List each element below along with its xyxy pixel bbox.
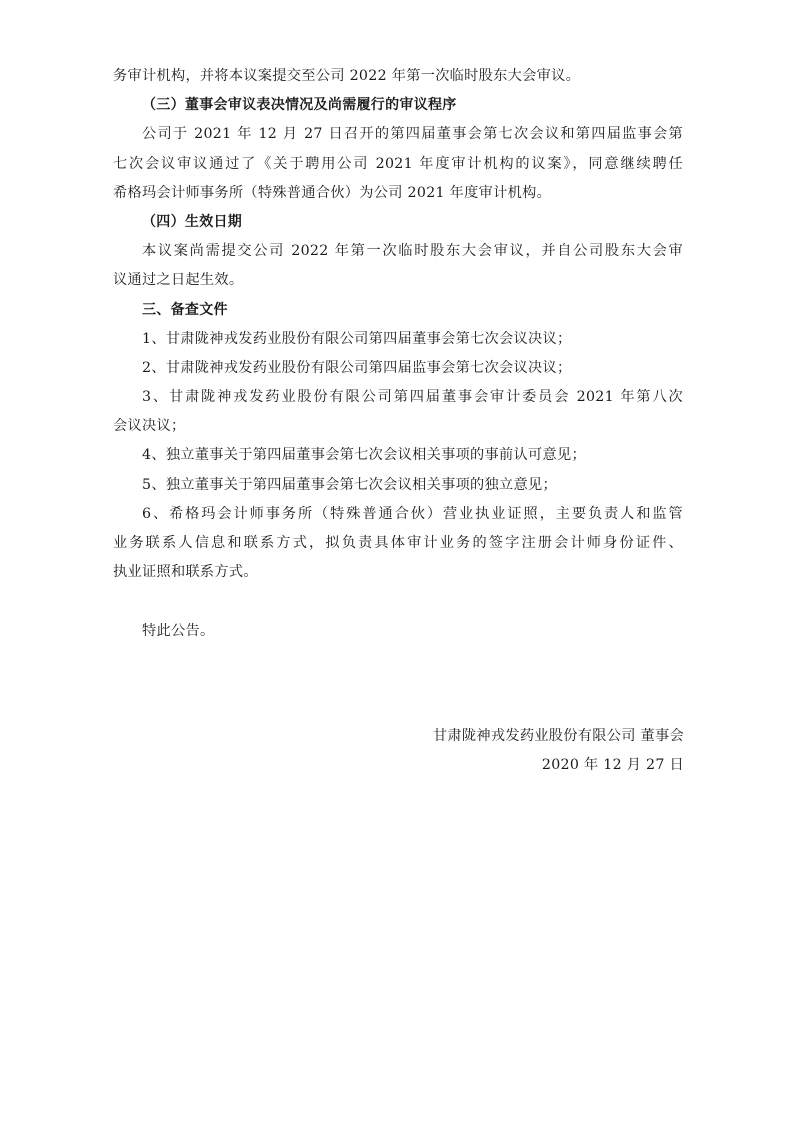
list-item: 2、甘肃陇神戎发药业股份有限公司第四届监事会第七次会议决议； [113, 354, 683, 383]
subsection-heading-3: （三）董事会审议表决情况及尚需履行的审议程序 [113, 91, 683, 120]
list-item-continuation: 会议决议； [113, 412, 683, 441]
list-item: 6、希格玛会计师事务所（特殊普通合伙）营业执业证照，主要负责人和监管 [113, 500, 683, 529]
paragraph-line: 公司于 2021 年 12 月 27 日召开的第四届董事会第七次会议和第四届监事… [113, 120, 683, 149]
list-item: 4、独立董事关于第四届董事会第七次会议相关事项的事前认可意见； [113, 441, 683, 470]
signature-date: 2020 年 12 月 27 日 [380, 751, 684, 780]
blank-line [113, 587, 683, 616]
list-item-continuation: 业务联系人信息和联系方式，拟负责具体审计业务的签字注册会计师身份证件、 [113, 529, 683, 558]
signature-block: 甘肃陇神戎发药业股份有限公司 董事会 2020 年 12 月 27 日 [380, 722, 684, 780]
paragraph-line: 希格玛会计师事务所（特殊普通合伙）为公司 2021 年度审计机构。 [113, 179, 683, 208]
paragraph-line: 本议案尚需提交公司 2022 年第一次临时股东大会审议，并自公司股东大会审 [113, 237, 683, 266]
list-item: 1、甘肃陇神戎发药业股份有限公司第四届董事会第七次会议决议； [113, 325, 683, 354]
list-item-continuation: 执业证照和联系方式。 [113, 558, 683, 587]
subsection-heading-4: （四）生效日期 [113, 208, 683, 237]
paragraph-line: 七次会议审议通过了《关于聘用公司 2021 年度审计机构的议案》，同意继续聘任 [113, 150, 683, 179]
paragraph-continuation: 务审计机构，并将本议案提交至公司 2022 年第一次临时股东大会审议。 [113, 62, 683, 91]
list-item: 3、甘肃陇神戎发药业股份有限公司第四届董事会审计委员会 2021 年第八次 [113, 383, 683, 412]
signature-company: 甘肃陇神戎发药业股份有限公司 董事会 [380, 722, 684, 751]
section-heading-3: 三、备查文件 [113, 296, 683, 325]
paragraph-line: 议通过之日起生效。 [113, 266, 683, 295]
closing-statement: 特此公告。 [113, 617, 683, 646]
document-body: 务审计机构，并将本议案提交至公司 2022 年第一次临时股东大会审议。 （三）董… [113, 62, 683, 646]
list-item: 5、独立董事关于第四届董事会第七次会议相关事项的独立意见； [113, 471, 683, 500]
